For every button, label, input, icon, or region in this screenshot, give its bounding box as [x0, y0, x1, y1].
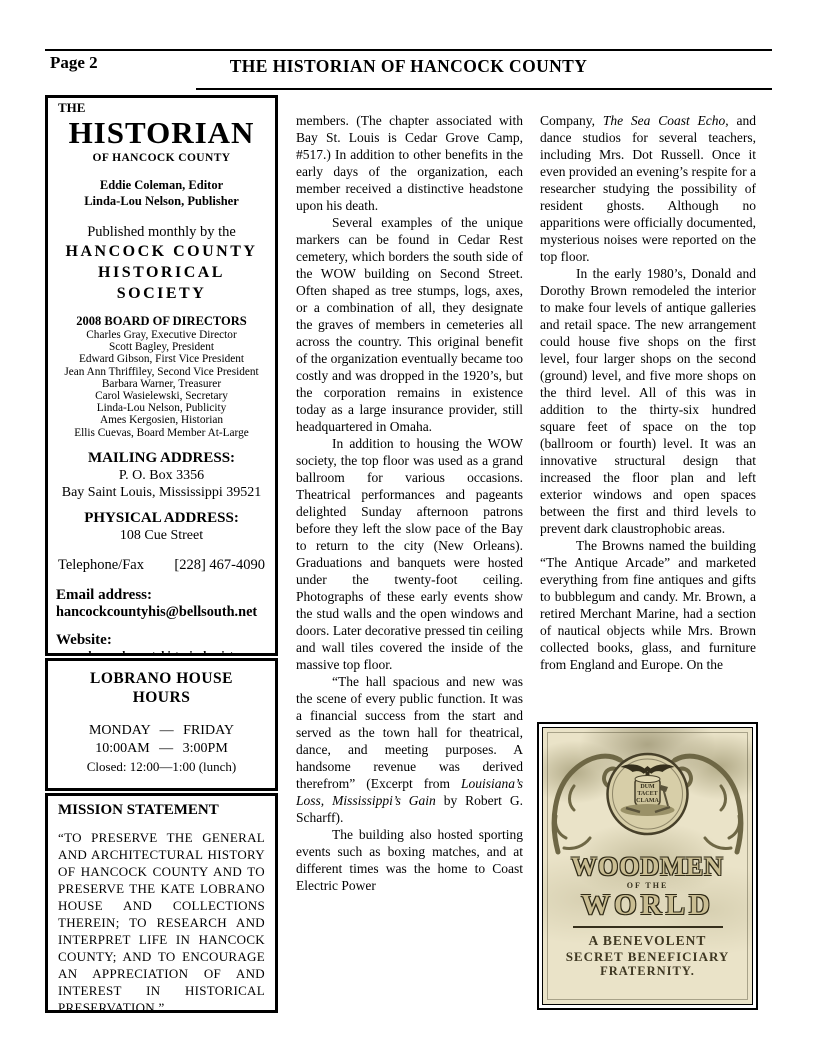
lobrano-house-hours-box: LOBRANO HOUSE HOURS MONDAY — FRIDAY 10:0…: [45, 658, 278, 791]
woodmen-poster-artwork: DUM TACET CLAMA: [544, 728, 751, 856]
article-paragraph: The building also hosted sporting events…: [296, 826, 523, 894]
header-top-rule: [45, 49, 772, 51]
header-bottom-rule: [196, 88, 772, 90]
board-member: Charles Gray, Executive Director: [56, 329, 267, 341]
board-member: Carol Wasielewski, Secretary: [56, 390, 267, 402]
body-text: In addition to housing the WOW society, …: [296, 436, 523, 672]
body-text: , and dance studios for several teachers…: [540, 113, 756, 264]
hours-times: 10:00AM — 3:00PM: [56, 740, 267, 758]
mailing-address-line1: P. O. Box 3356: [56, 467, 267, 484]
seal-motto-line3: CLAMA: [636, 798, 659, 804]
woodmen-poster: DUM TACET CLAMA WOODMEN OF THE WO: [542, 727, 753, 1005]
physical-address-line1: 108 Cue Street: [56, 527, 267, 544]
body-text: Company,: [540, 113, 603, 128]
phone-label: Telephone/Fax: [58, 556, 144, 574]
mailing-address-heading: MAILING ADDRESS:: [56, 449, 267, 467]
article-paragraph: In the early 1980’s, Donald and Dorothy …: [540, 265, 756, 537]
article-paragraph: “The hall spacious and new was the scene…: [296, 673, 523, 826]
italic-text: The Sea Coast Echo: [603, 113, 725, 128]
woodmen-divider-rule: [573, 926, 723, 928]
woodmen-tagline-line2: SECRET BENEFICIARY: [543, 949, 752, 964]
society-name: HANCOCK COUNTY HISTORICAL SOCIETY: [56, 241, 267, 304]
body-text: In the early 1980’s, Donald and Dorothy …: [540, 266, 756, 536]
board-member: Scott Bagley, President: [56, 341, 267, 353]
board-member: Linda-Lou Nelson, Publicity: [56, 402, 267, 414]
mission-statement-box: MISSION STATEMENT “TO PRESERVE THE GENER…: [45, 793, 278, 1013]
society-name-line2: HISTORICAL SOCIETY: [56, 262, 267, 304]
masthead-box: THE HISTORIAN OF HANCOCK COUNTY Eddie Co…: [45, 95, 278, 656]
newsletter-page: Page 2 THE HISTORIAN OF HANCOCK COUNTY T…: [0, 0, 816, 1056]
physical-address-heading: PHYSICAL ADDRESS:: [56, 509, 267, 527]
hours-title-line1: LOBRANO HOUSE: [56, 669, 267, 688]
board-of-directors-heading: 2008 BOARD OF DIRECTORS: [56, 314, 267, 329]
body-text: members. (The chapter associated with Ba…: [296, 113, 523, 213]
board-member: Ames Kergosien, Historian: [56, 414, 267, 426]
board-member: Edward Gibson, First Vice President: [56, 353, 267, 365]
website-heading: Website:: [56, 631, 267, 649]
editor-line: Eddie Coleman, Editor: [56, 177, 267, 193]
phone-row: Telephone/Fax [228] 467-4090: [56, 556, 267, 574]
seal-motto-line2: TACET: [637, 791, 657, 797]
board-of-directors-list: Charles Gray, Executive DirectorScott Ba…: [56, 329, 267, 439]
article-column-right: Company, The Sea Coast Echo, and dance s…: [540, 112, 756, 720]
article-paragraph: Company, The Sea Coast Echo, and dance s…: [540, 112, 756, 265]
board-member: Barbara Warner, Treasurer: [56, 378, 267, 390]
seal-motto-line1: DUM: [640, 784, 655, 790]
woodmen-of-the-world-ad: DUM TACET CLAMA WOODMEN OF THE WO: [537, 722, 758, 1010]
website-url: www.hancockcountyhistoricalsociety.com: [56, 650, 267, 656]
article-paragraph: In addition to housing the WOW society, …: [296, 435, 523, 673]
hours-days: MONDAY — FRIDAY: [56, 722, 267, 740]
masthead-title: HISTORIAN: [56, 117, 267, 149]
published-monthly-line: Published monthly by the: [56, 223, 267, 241]
woodmen-seal-medallion: DUM TACET CLAMA: [608, 754, 688, 834]
stump-with-motto: DUM TACET CLAMA: [635, 776, 660, 807]
email-heading: Email address:: [56, 586, 267, 604]
hours-title-line2: HOURS: [56, 688, 267, 707]
hours-closed: Closed: 12:00—1:00 (lunch): [56, 758, 267, 775]
woodmen-tagline-line3: FRATERNITY.: [543, 964, 752, 979]
masthead-the: THE: [58, 101, 267, 115]
body-text: The building also hosted sporting events…: [296, 827, 523, 893]
board-member: Ellis Cuevas, Board Member At-Large: [56, 427, 267, 439]
email-address: hancockcountyhis@bellsouth.net: [56, 604, 267, 621]
woodmen-wordmark-line2: WORLD: [543, 891, 752, 920]
article-paragraph: The Browns named the building “The Antiq…: [540, 537, 756, 673]
body-text: The Browns named the building “The Antiq…: [540, 538, 756, 672]
mission-heading: MISSION STATEMENT: [58, 802, 265, 819]
body-text: “The hall spacious and new was the scene…: [296, 674, 523, 791]
phone-number: [228] 467-4090: [174, 556, 265, 574]
masthead-subtitle: OF HANCOCK COUNTY: [56, 151, 267, 165]
board-member: Jean Ann Thriffiley, Second Vice Preside…: [56, 366, 267, 378]
article-column-middle: members. (The chapter associated with Ba…: [296, 112, 523, 1008]
body-text: Several examples of the unique markers c…: [296, 215, 523, 434]
mailing-address-line2: Bay Saint Louis, Mississippi 39521: [56, 484, 267, 501]
article-paragraph: members. (The chapter associated with Ba…: [296, 112, 523, 214]
newsletter-header-title: THE HISTORIAN OF HANCOCK COUNTY: [45, 56, 772, 77]
editor-publisher-block: Eddie Coleman, Editor Linda-Lou Nelson, …: [56, 177, 267, 209]
mission-body: “TO PRESERVE THE GENERAL AND ARCHITECTUR…: [58, 829, 265, 1013]
publisher-line: Linda-Lou Nelson, Publisher: [56, 193, 267, 209]
article-paragraph: Several examples of the unique markers c…: [296, 214, 523, 435]
society-name-line1: HANCOCK COUNTY: [56, 241, 267, 262]
woodmen-tagline-line1: A BENEVOLENT: [543, 933, 752, 949]
hours-title: LOBRANO HOUSE HOURS: [56, 669, 267, 707]
woodmen-wordmark-line1: WOODMEN: [543, 854, 752, 880]
